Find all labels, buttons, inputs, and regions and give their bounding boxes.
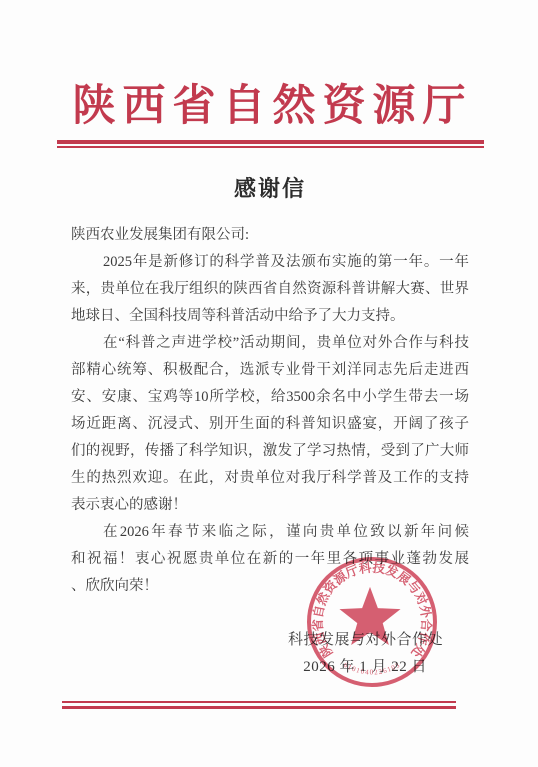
body-line: 表示衷心的感谢！ — [71, 492, 469, 519]
body-line: 来，贵单位在我厅组织的陕西省自然资源科普讲解大赛、世界 — [71, 276, 469, 303]
body-line: 们的视野，传播了科学知识，激发了学习热情，受到了广大师 — [71, 438, 469, 465]
body-line: 生的热烈欢迎。在此，对贵单位对我厅科学普及工作的支持 — [71, 465, 469, 492]
seal-serial: 6101040226103 — [342, 661, 402, 677]
footer-rule-thin — [62, 701, 456, 703]
official-seal: 陕西省自然资源厅科技发展与对外合作处 6101040226103 — [302, 552, 442, 692]
letter-title: 感谢信 — [0, 172, 538, 203]
body-line: 2025年是新修订的科学普及法颁布实施的第一年。一年 — [71, 249, 469, 276]
footer-rule-thick — [62, 706, 456, 710]
body-paragraphs: 2025年是新修订的科学普及法颁布实施的第一年。一年来，贵单位在我厅组织的陕西省… — [71, 249, 469, 600]
body-line: 场近距离、沉浸式、别开生面的科普知识盛宴，开阔了孩子 — [71, 411, 469, 438]
letter-body: 陕西农业发展集团有限公司: 2025年是新修订的科学普及法颁布实施的第一年。一年… — [71, 222, 469, 600]
header-rule-thin — [57, 146, 484, 148]
seal-star-icon — [339, 587, 400, 645]
letter-page: 陕西省自然资源厅 感谢信 陕西农业发展集团有限公司: 2025年是新修订的科学普… — [0, 0, 538, 767]
body-line: 部精心统筹、积极配合，选派专业骨干刘洋同志先后走进西 — [71, 357, 469, 384]
body-line: 在“科普之声进学校”活动期间，贵单位对外合作与科技 — [71, 330, 469, 357]
salutation: 陕西农业发展集团有限公司: — [71, 222, 469, 249]
body-line: 地球日、全国科技周等科普活动中给予了大力支持。 — [71, 303, 469, 330]
header-rule-thick — [57, 140, 484, 144]
letterhead-title: 陕西省自然资源厅 — [0, 83, 538, 130]
body-line: 在2026年春节来临之际，谨向贵单位致以新年问候 — [71, 519, 469, 546]
body-line: 安、安康、宝鸡等10所学校，给3500余名中小学生带去一场 — [71, 384, 469, 411]
